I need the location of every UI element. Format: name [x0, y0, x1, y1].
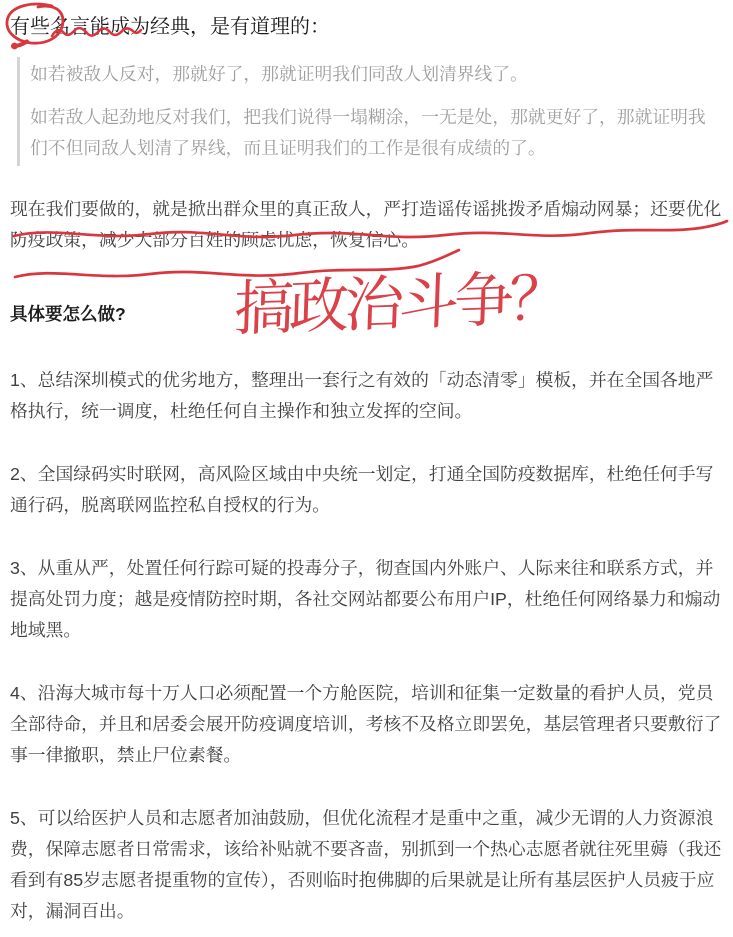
list-item-1: 1、总结深圳模式的优劣地方，整理出一套行之有效的「动态清零」模板，并在全国各地严…	[10, 365, 722, 427]
article-body: 有些名言能成为经典，是有道理的： 如若被敌人反对，那就好了，那就证明我们同敌人划…	[0, 0, 733, 927]
quote-block: 如若被敌人反对，那就好了，那就证明我们同敌人划清界线了。 如若敌人起劲地反对我们…	[17, 57, 722, 166]
list-item-5: 5、可以给医护人员和志愿者加油鼓励，但优化流程才是重中之重，减少无谓的人力资源浪…	[10, 803, 722, 927]
list-item-4: 4、沿海大城市每十万人口必须配置一个方舱医院，培训和征集一定数量的看护人员，党员…	[10, 678, 722, 771]
intro-line: 有些名言能成为经典，是有道理的：	[10, 12, 722, 42]
list-item-3: 3、从重从严，处置任何行踪可疑的投毒分子，彻查国内外账户、人际来往和联系方式，并…	[10, 553, 722, 646]
list-item-2: 2、全国绿码实时联网，高风险区域由中央统一划定，打通全国防疫数据库，杜绝任何手写…	[10, 459, 722, 521]
question-heading: 具体要怎么做?	[10, 302, 722, 326]
document-screenshot: 有些名言能成为经典，是有道理的： 如若被敌人反对，那就好了，那就证明我们同敌人划…	[0, 0, 733, 937]
quote-paragraph-1: 如若被敌人反对，那就好了，那就证明我们同敌人划清界线了。	[30, 59, 722, 90]
quote-paragraph-2: 如若敌人起劲地反对我们，把我们说得一塌糊涂，一无是处，那就更好了，那就证明我们不…	[30, 102, 722, 164]
numbered-list: 1、总结深圳模式的优劣地方，整理出一套行之有效的「动态清零」模板，并在全国各地严…	[10, 365, 722, 927]
statement-paragraph: 现在我们要做的，就是掀出群众里的真正敌人，严打造谣传谣挑拨矛盾煽动网暴；还要优化…	[10, 194, 722, 256]
